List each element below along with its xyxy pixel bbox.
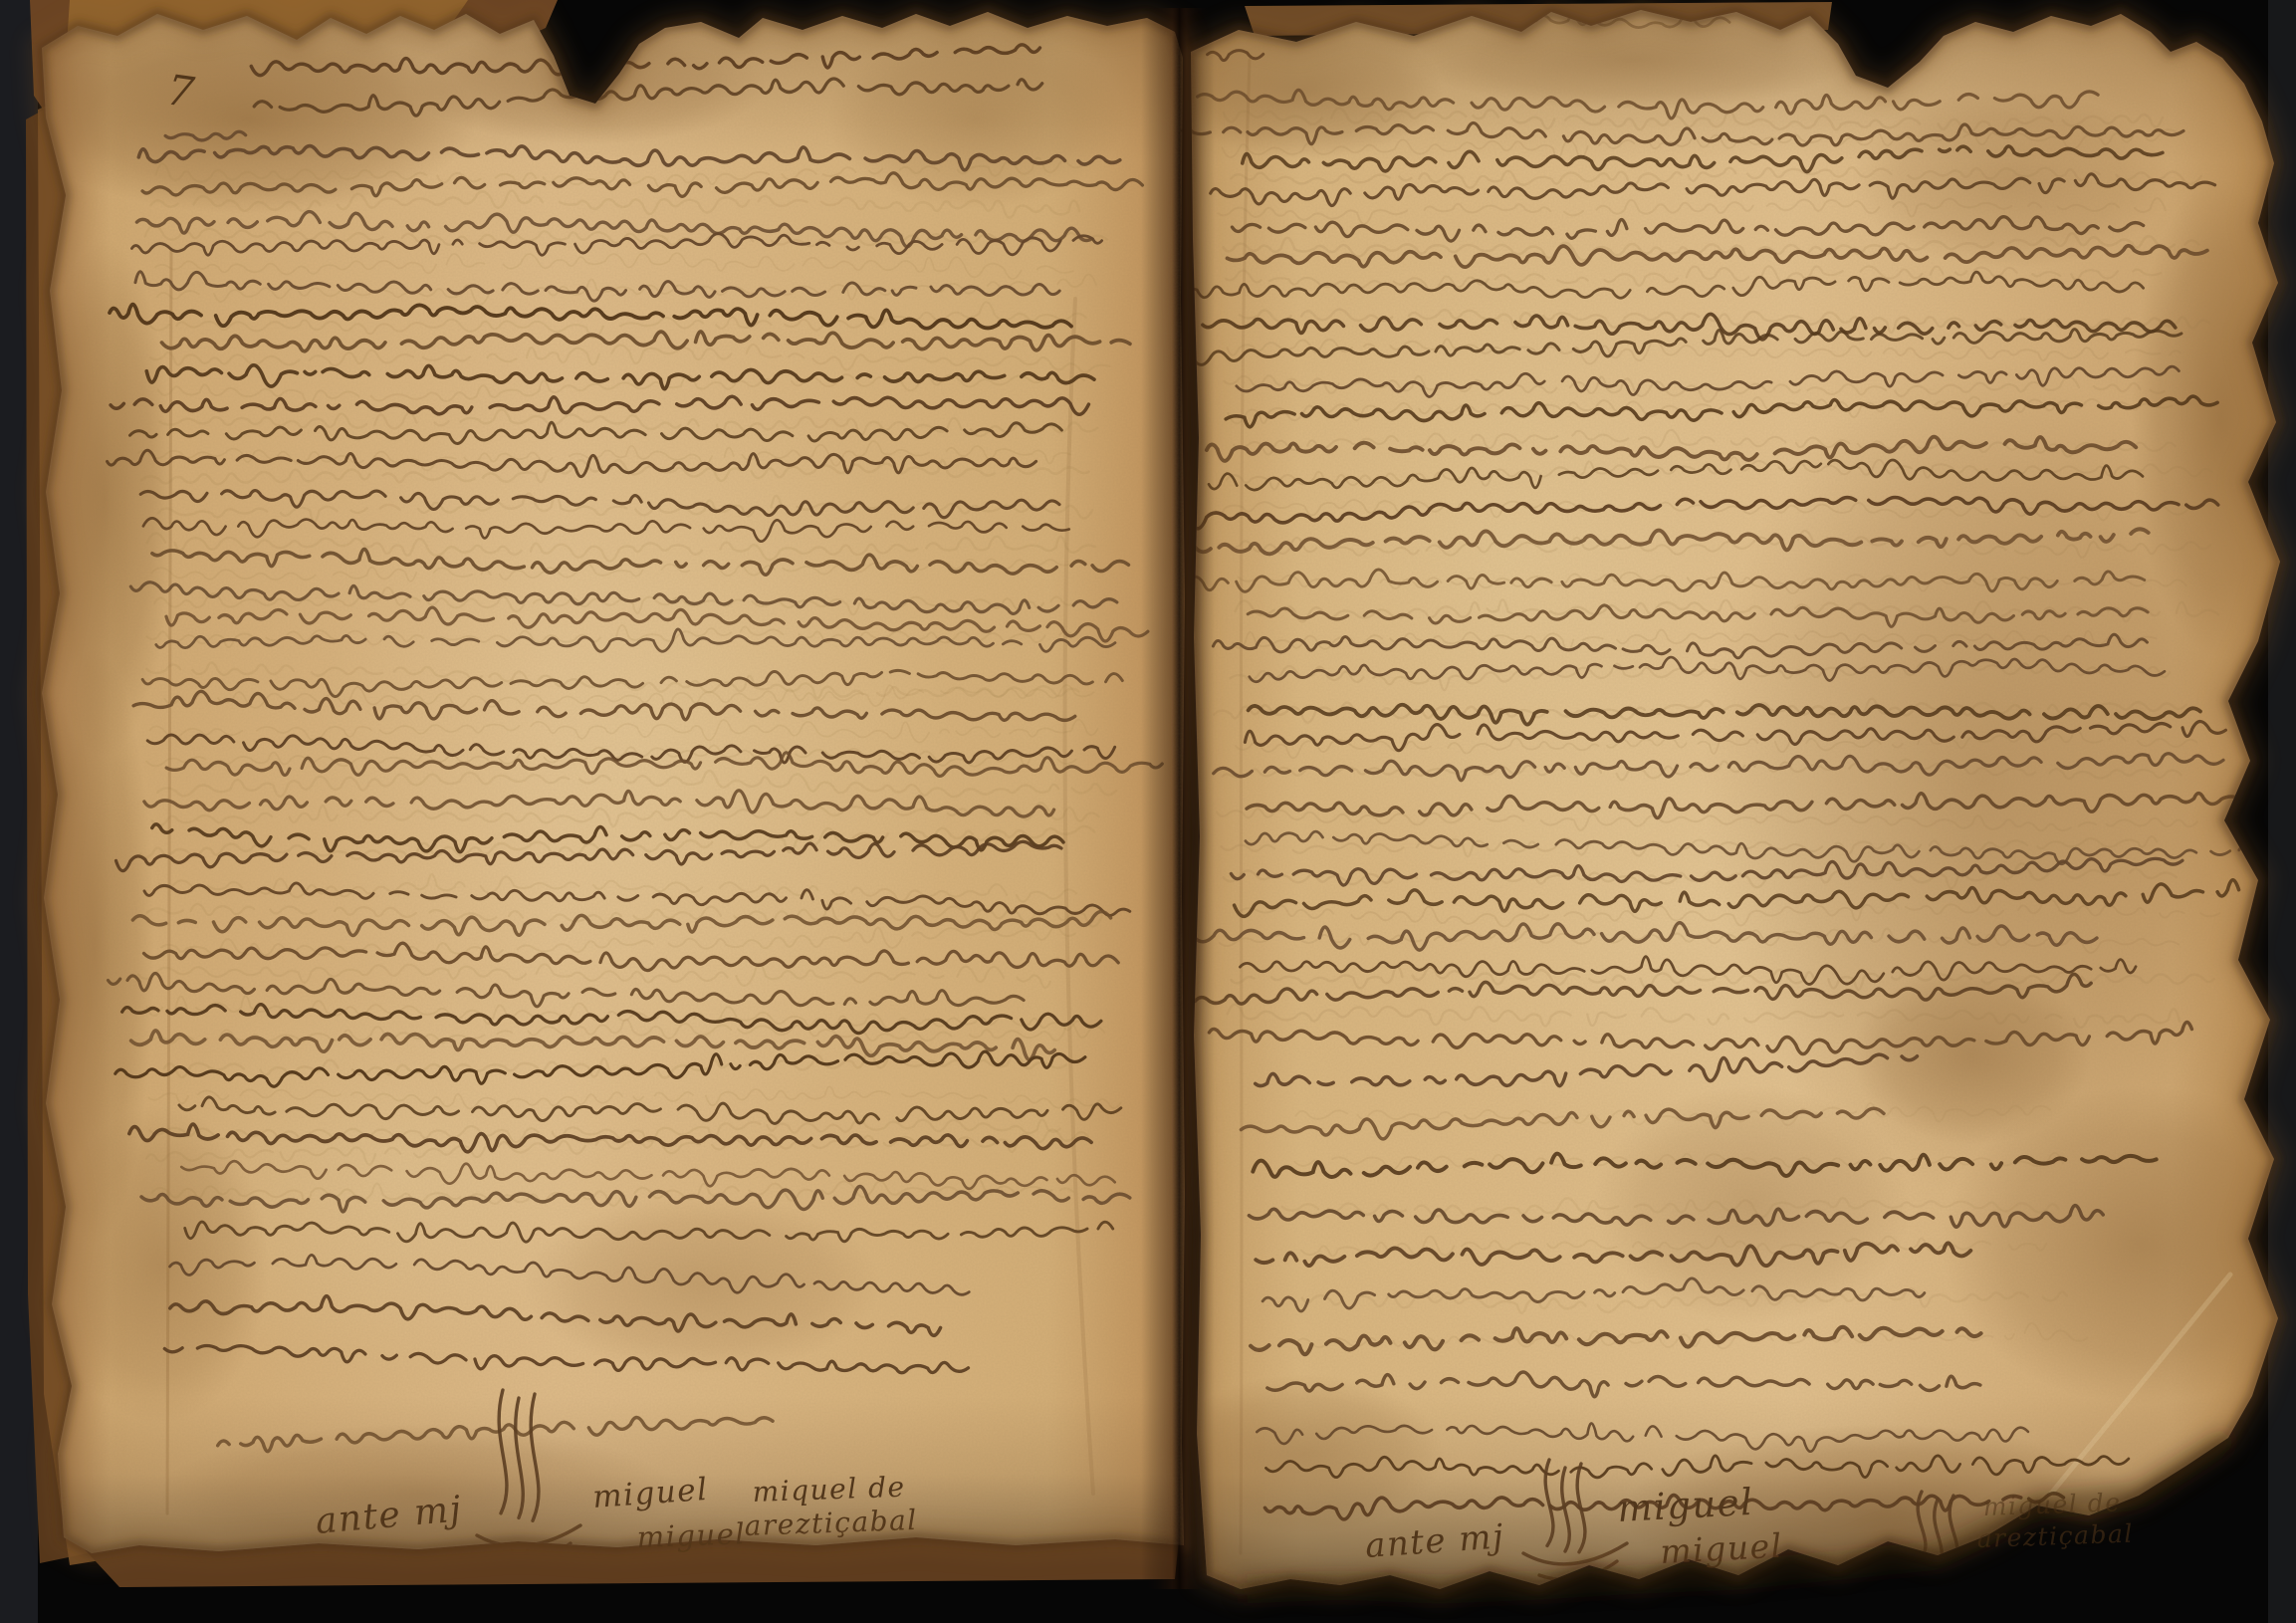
open-manuscript-book: 7 ante mj miguel miguel miquel de arezti… bbox=[0, 0, 2296, 1623]
paper-grain bbox=[0, 0, 2296, 1623]
manuscript-photo: 7 ante mj miguel miguel miquel de arezti… bbox=[0, 0, 2296, 1623]
